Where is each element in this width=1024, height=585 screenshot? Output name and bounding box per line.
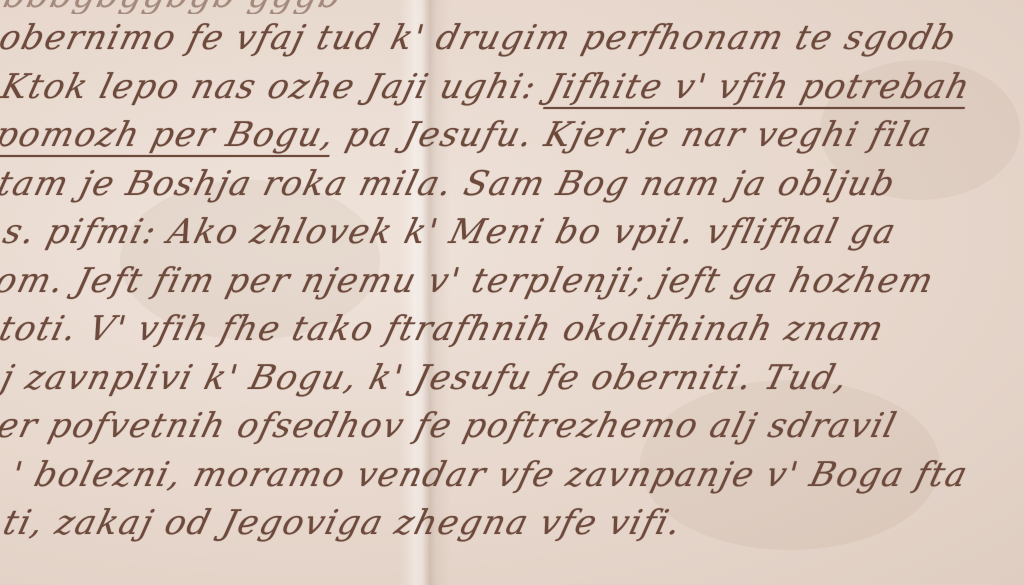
line-text: bbbgbggbgb gggb: [0, 0, 347, 14]
text-line-10: ' bolezni, moramo vendar vfe zavnpanje v…: [6, 451, 1024, 500]
manuscript-page: bbbgbggbgb gggb obernimo fe vfaj tud k' …: [0, 0, 1024, 585]
handwritten-text-block: bbbgbggbgb gggb obernimo fe vfaj tud k' …: [0, 0, 1024, 548]
text-line-6: om. Jeft fim per njemu v' terplenji; jef…: [0, 257, 1024, 306]
line-text: obernimo fe vfaj tud k' drugim perfhonam…: [0, 18, 961, 58]
line-text: ti, zakaj od Jegoviga zhegna vfe vifi.: [0, 503, 686, 543]
line-text: ' bolezni, moramo vendar vfe zavnpanje v…: [7, 455, 972, 495]
underlined-phrase: pomozh per Bogu,: [0, 115, 340, 155]
text-line-4: tam je Boshja roka mila. Sam Bog nam ja …: [0, 160, 1024, 209]
line-text: om. Jeft fim per njemu v' terplenji; jef…: [0, 261, 939, 301]
text-line-5: s. pifmi: Ako zhlovek k' Meni bo vpil. v…: [0, 208, 1024, 257]
underlined-phrase: Jifhite v' vfih potrebah: [544, 67, 975, 107]
text-line-2: Ktok lepo nas ozhe Jaji ughi: Jifhite v'…: [0, 63, 1024, 112]
line-text: toti. V' vfih fhe tako ftrafhnih okolifh…: [0, 309, 889, 349]
text-line-1: obernimo fe vfaj tud k' drugim perfhonam…: [0, 14, 1024, 63]
text-line-8: j zavnplivi k' Bogu, k' Jesufu fe oberni…: [0, 354, 1024, 403]
line-text: s. pifmi: Ako zhlovek k' Meni bo vpil. v…: [0, 212, 901, 252]
line-text: er pofvetnih ofsedhov fe poftrezhemo alj…: [0, 406, 901, 446]
text-line-11: ti, zakaj od Jegoviga zhegna vfe vifi.: [0, 499, 1024, 548]
text-line-3: pomozh per Bogu, pa Jesufu. Kjer je nar …: [0, 111, 1024, 160]
line-text: tam je Boshja roka mila. Sam Bog nam ja …: [0, 164, 900, 204]
text-line-7: toti. V' vfih fhe tako ftrafhnih okolifh…: [0, 305, 1024, 354]
text-line-0: bbbgbggbgb gggb: [0, 0, 1024, 14]
line-text: Ktok lepo nas ozhe Jaji ughi:: [0, 67, 554, 107]
text-line-9: er pofvetnih ofsedhov fe poftrezhemo alj…: [0, 402, 1024, 451]
line-text: j zavnplivi k' Bogu, k' Jesufu fe oberni…: [0, 358, 853, 398]
line-text: pa Jesufu. Kjer je nar veghi fila: [330, 115, 937, 155]
